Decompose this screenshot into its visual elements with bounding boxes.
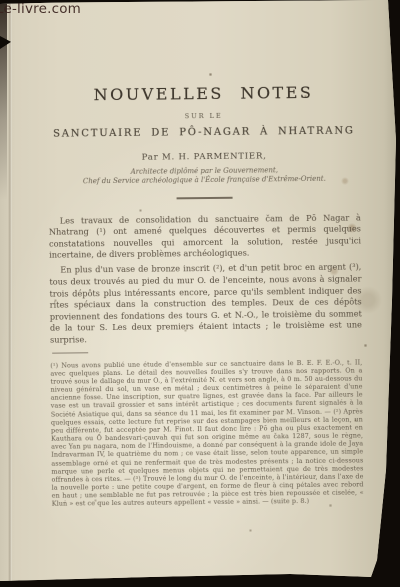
byline: Par M. H. PARMENTIER,	[48, 150, 360, 163]
byline-role-2: Chef du Service archéologique à l'École …	[48, 175, 360, 187]
paragraph-2: En plus d'un vase de bronze inscrit (²),…	[49, 262, 362, 346]
title-divider	[177, 197, 233, 199]
footnotes: (¹) Nous avons publié une étude d'ensemb…	[50, 358, 364, 508]
page-title: NOUVELLES NOTES	[47, 82, 359, 104]
page-sheet: NOUVELLES NOTES SUR LE SANCTUAIRE DE PÔ-…	[0, 0, 400, 587]
watermark: Le-livre.com	[0, 1, 81, 17]
scanned-page: { "watermark": { "text": "Le-livre.com" …	[0, 0, 400, 587]
page-crease	[8, 0, 12, 587]
binding-shadow	[0, 0, 7, 200]
article: NOUVELLES NOTES SUR LE SANCTUAIRE DE PÔ-…	[47, 82, 363, 508]
subtitle-over: SUR LE	[48, 110, 360, 121]
paragraph-1: Les travaux de consolidation du sanctuai…	[49, 212, 361, 262]
footnote-divider	[52, 352, 88, 353]
subtitle: SANCTUAIRE DE PÔ-NAGAR À NHATRANG	[48, 124, 360, 140]
